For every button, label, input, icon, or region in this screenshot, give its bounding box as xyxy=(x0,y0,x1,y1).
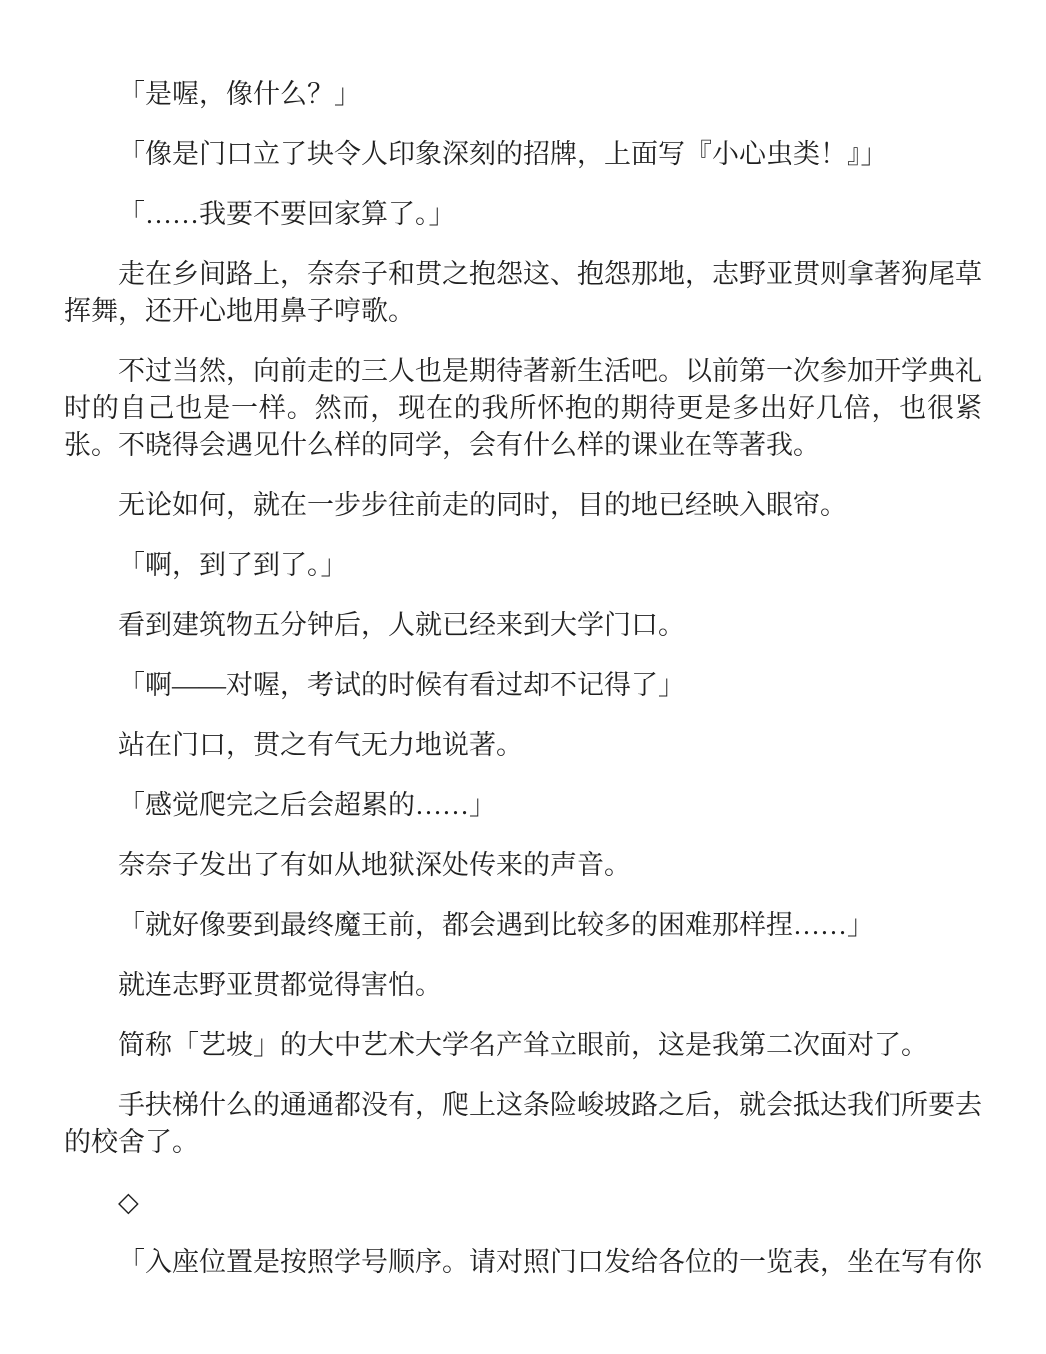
section-separator-diamond: ◇ xyxy=(64,1184,982,1221)
paragraph-narration: 奈奈子发出了有如从地狱深处传来的声音。 xyxy=(64,847,982,884)
paragraph-narration: 无论如何，就在一步步往前走的同时，目的地已经映入眼帘。 xyxy=(64,487,982,524)
paragraph-dialogue: 「啊——对喔，考试的时候有看过却不记得了」 xyxy=(64,667,982,704)
paragraph-narration: 不过当然，向前走的三人也是期待著新生活吧。以前第一次参加开学典礼时的自己也是一样… xyxy=(64,353,982,464)
paragraph-dialogue: 「是喔，像什么？」 xyxy=(64,76,982,113)
novel-reader-page: { "page": { "background": "#ffffff", "te… xyxy=(0,0,1046,1354)
paragraph-narration: 简称「艺坡」的大中艺术大学名产耸立眼前，这是我第二次面对了。 xyxy=(64,1027,982,1064)
paragraph-dialogue: 「啊，到了到了。」 xyxy=(64,547,982,584)
paragraph-dialogue: 「就好像要到最终魔王前，都会遇到比较多的困难那样捏……」 xyxy=(64,907,982,944)
page-body: 「是喔，像什么？」 「像是门口立了块令人印象深刻的招牌，上面写『小心虫类！』」 … xyxy=(0,0,1046,1354)
paragraph-dialogue: 「感觉爬完之后会超累的……」 xyxy=(64,787,982,824)
paragraph-narration: 站在门口，贯之有气无力地说著。 xyxy=(64,727,982,764)
paragraph-narration: 走在乡间路上，奈奈子和贯之抱怨这、抱怨那地，志野亚贯则拿著狗尾草挥舞，还开心地用… xyxy=(64,256,982,330)
paragraph-dialogue: 「……我要不要回家算了。」 xyxy=(64,196,982,233)
paragraph-narration: 看到建筑物五分钟后，人就已经来到大学门口。 xyxy=(64,607,982,644)
paragraph-narration: 手扶梯什么的通通都没有，爬上这条险峻坡路之后，就会抵达我们所要去的校舍了。 xyxy=(64,1087,982,1161)
paragraph-narration: 就连志野亚贯都觉得害怕。 xyxy=(64,967,982,1004)
paragraph-dialogue: 「像是门口立了块令人印象深刻的招牌，上面写『小心虫类！』」 xyxy=(64,136,982,173)
paragraph-dialogue: 「入座位置是按照学号顺序。请对照门口发给各位的一览表，坐在写有你 xyxy=(64,1244,982,1281)
